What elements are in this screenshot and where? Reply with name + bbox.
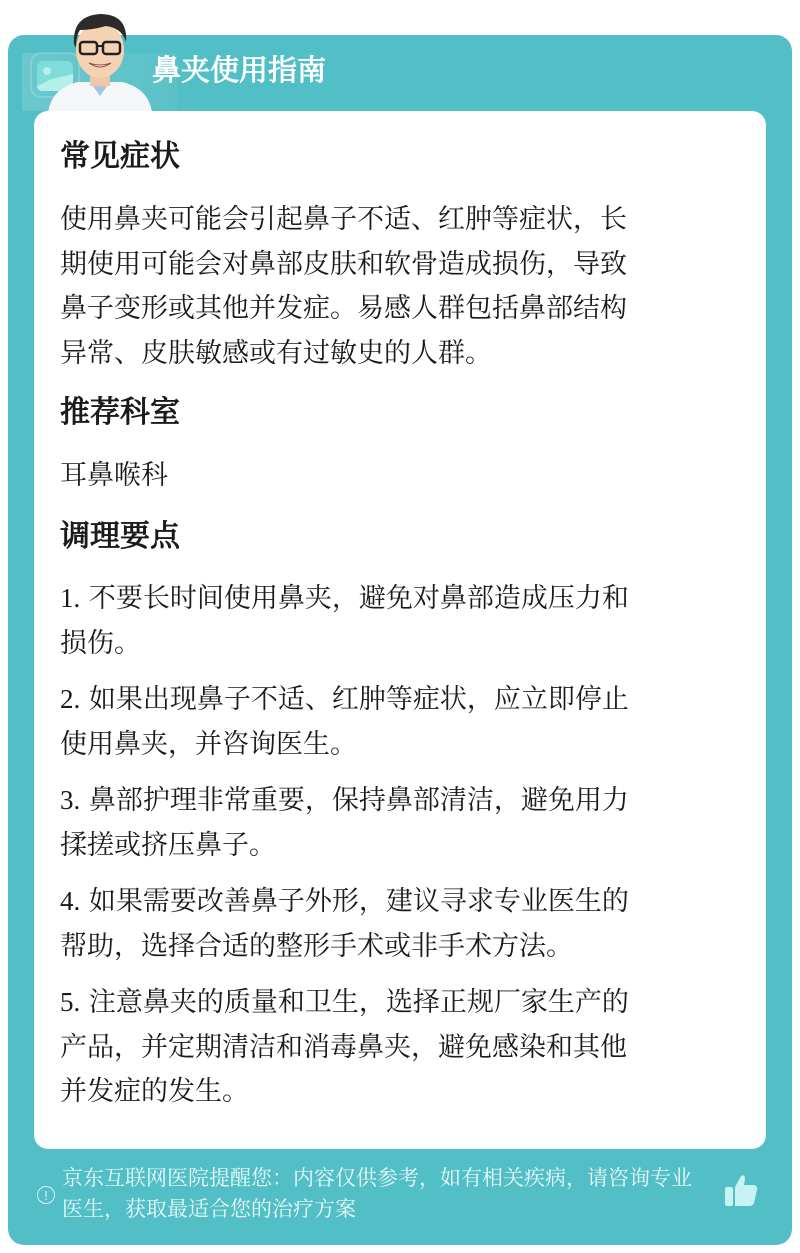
disclaimer: 京东互联网医院提醒您：内容仅供参考，如有相关疾病，请咨询专业 医生，获取最适合您… — [62, 1163, 727, 1225]
disclaimer-line: 医生，获取最适合您的治疗方案 — [62, 1194, 727, 1225]
item-number: 5. — [60, 987, 80, 1017]
symptoms-text: 使用鼻夹可能会引起鼻子不适、红肿等症状，长 期使用可能会对鼻部皮肤和软骨造成损伤… — [60, 198, 627, 376]
care-item-3: 3. 鼻部护理非常重要，保持鼻部清洁，避免用力 揉搓或挤压鼻子。 — [60, 778, 730, 868]
page-title: 鼻夹使用指南 — [152, 50, 326, 90]
symptoms-line: 异常、皮肤敏感或有过敏史的人群。 — [60, 332, 627, 377]
symptoms-heading: 常见症状 — [60, 132, 180, 182]
care-heading: 调理要点 — [60, 512, 180, 562]
care-item-1: 1. 不要长时间使用鼻夹，避免对鼻部造成压力和 损伤。 — [60, 576, 730, 666]
thumbs-up-icon[interactable] — [724, 1172, 758, 1208]
care-item-4: 4. 如果需要改善鼻子外形，建议寻求专业医生的 帮助，选择合适的整形手术或非手术… — [60, 879, 730, 969]
item-text: 产品，并定期清洁和消毒鼻夹，避免感染和其他 — [60, 1026, 730, 1071]
item-text: 不要长时间使用鼻夹，避免对鼻部造成压力和 — [89, 583, 629, 614]
item-text: 鼻部护理非常重要，保持鼻部清洁，避免用力 — [89, 785, 629, 816]
care-item-5: 5. 注意鼻夹的质量和卫生，选择正规厂家生产的 产品，并定期清洁和消毒鼻夹，避免… — [60, 980, 730, 1115]
item-text: 注意鼻夹的质量和卫生，选择正规厂家生产的 — [89, 987, 629, 1018]
item-text: 揉搓或挤压鼻子。 — [60, 824, 730, 869]
department-value-wrap: 耳鼻喉科 — [60, 454, 168, 499]
department-value: 耳鼻喉科 — [60, 454, 168, 499]
item-number: 4. — [60, 886, 80, 916]
care-item-2: 2. 如果出现鼻子不适、红肿等症状，应立即停止 使用鼻夹，并咨询医生。 — [60, 677, 730, 767]
department-section: 推荐科室 — [60, 388, 180, 438]
item-number: 1. — [60, 583, 80, 613]
symptoms-line: 期使用可能会对鼻部皮肤和软骨造成损伤，导致 — [60, 243, 627, 288]
item-text: 损伤。 — [60, 622, 730, 667]
item-text: 并发症的发生。 — [60, 1070, 730, 1115]
department-heading: 推荐科室 — [60, 388, 180, 438]
symptoms-line: 鼻子变形或其他并发症。易感人群包括鼻部结构 — [60, 287, 627, 332]
item-text: 使用鼻夹，并咨询医生。 — [60, 723, 730, 768]
item-text: 帮助，选择合适的整形手术或非手术方法。 — [60, 925, 730, 970]
care-section: 调理要点 — [60, 512, 180, 562]
info-icon: ! — [37, 1186, 55, 1204]
item-text: 如果出现鼻子不适、红肿等症状，应立即停止 — [89, 684, 629, 715]
item-number: 3. — [60, 785, 80, 815]
item-number: 2. — [60, 684, 80, 714]
item-text: 如果需要改善鼻子外形，建议寻求专业医生的 — [89, 886, 629, 917]
disclaimer-line: 京东互联网医院提醒您：内容仅供参考，如有相关疾病，请咨询专业 — [62, 1163, 727, 1194]
doctor-avatar — [44, 8, 156, 112]
symptoms-line: 使用鼻夹可能会引起鼻子不适、红肿等症状，长 — [60, 198, 627, 243]
symptoms-section: 常见症状 — [60, 132, 180, 182]
